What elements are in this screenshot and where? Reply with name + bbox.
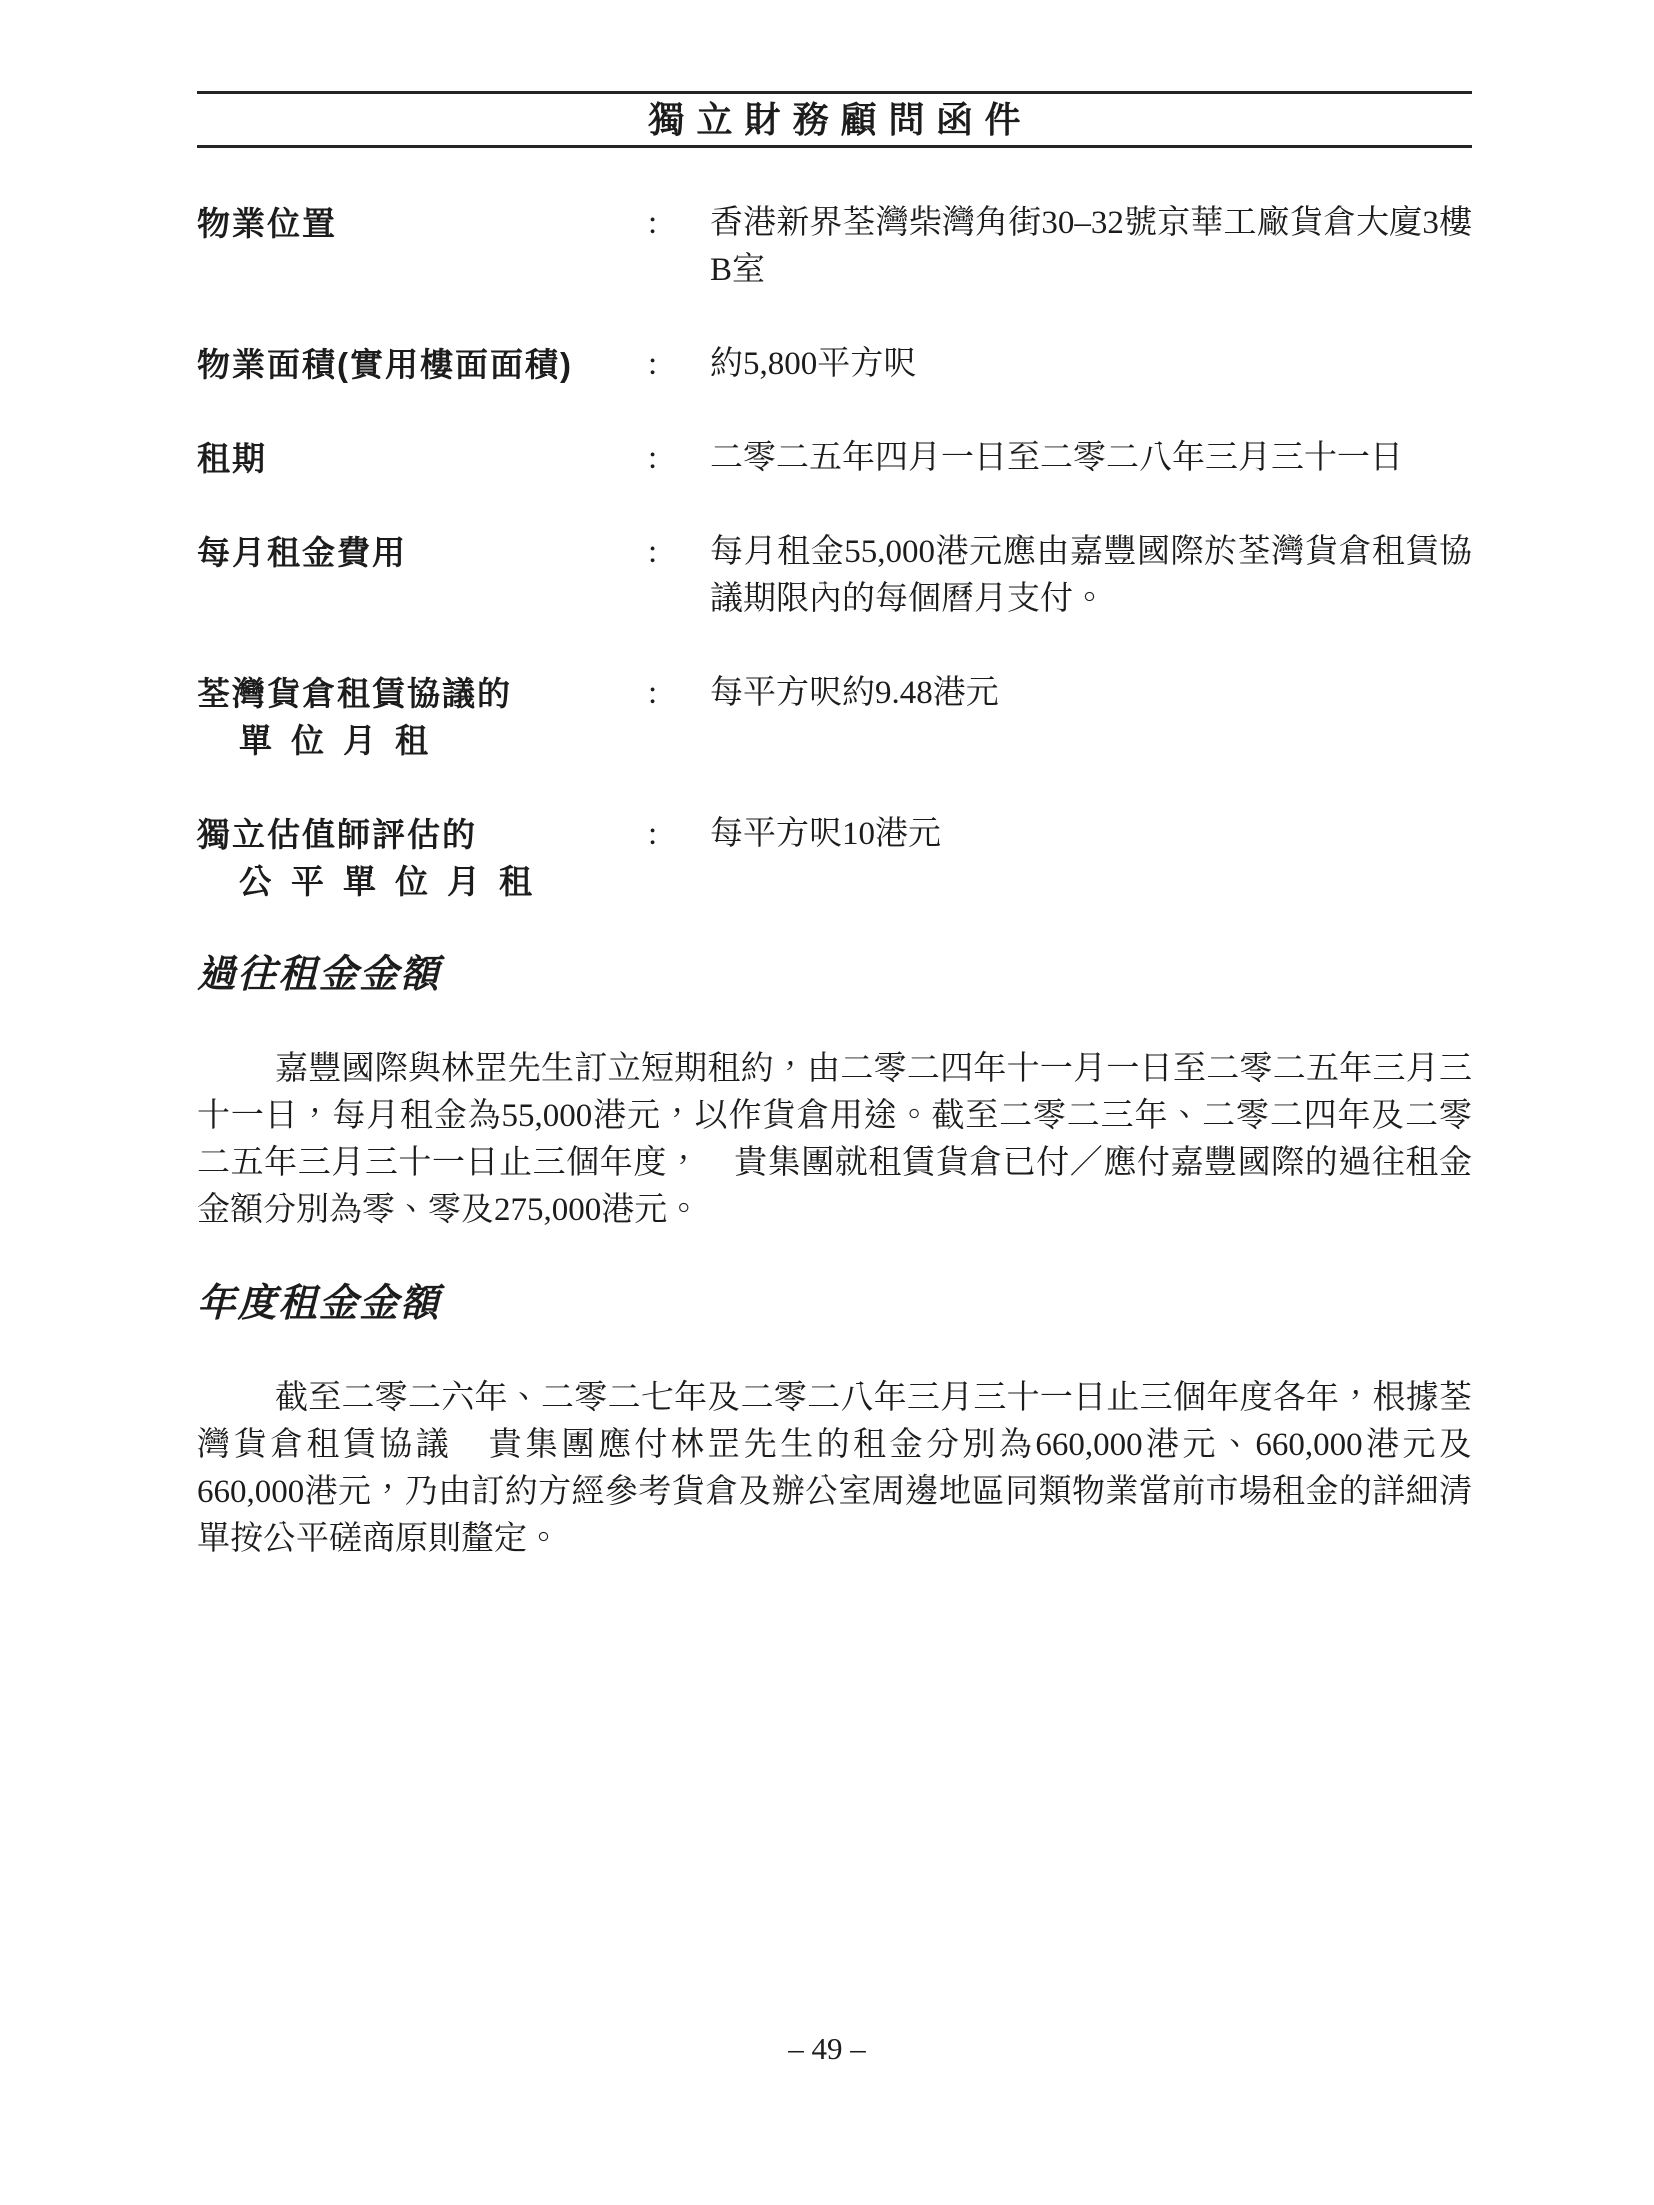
property-label-line2: 公平單位月租 — [197, 858, 648, 905]
property-row-term: 租期 : 二零二五年四月一日至二零二八年三月三十一日 — [197, 435, 1472, 482]
property-label-line1: 物業位置 — [197, 205, 337, 242]
property-label-line1: 每月租金費用 — [197, 534, 407, 571]
section-historical-rent: 過往租金金額 嘉豐國際與林罡先生訂立短期租約，由二零二四年十一月一日至二零二五年… — [197, 952, 1472, 1234]
property-row-location: 物業位置 : 香港新界荃灣柴灣角街30–32號京華工廠貨倉大廈3樓B室 — [197, 200, 1472, 294]
section-heading: 年度租金金額 — [197, 1281, 1472, 1328]
property-row-monthly-rent: 每月租金費用 : 每月租金55,000港元應由嘉豐國際於荃灣貨倉租賃協議期限內的… — [197, 529, 1472, 623]
property-value: 二零二五年四月一日至二零二八年三月三十一日 — [710, 435, 1472, 482]
property-row-fair-unit-rent: 獨立估值師評估的 公平單位月租 : 每平方呎10港元 — [197, 811, 1472, 905]
page-content: 獨立財務顧問函件 物業位置 : 香港新界荃灣柴灣角街30–32號京華工廠貨倉大廈… — [197, 0, 1472, 1610]
property-label-line1: 獨立估值師評估的 — [197, 816, 477, 853]
property-label-line2: 單位月租 — [197, 717, 648, 764]
page-number: – 49 – — [0, 2025, 1654, 2072]
property-label: 租期 — [197, 435, 648, 482]
property-label: 物業位置 — [197, 200, 648, 294]
colon-separator: : — [648, 341, 710, 388]
section-paragraph: 嘉豐國際與林罡先生訂立短期租約，由二零二四年十一月一日至二零二五年三月三十一日，… — [197, 1046, 1472, 1234]
property-value: 每月租金55,000港元應由嘉豐國際於荃灣貨倉租賃協議期限內的每個曆月支付。 — [710, 529, 1472, 623]
section-paragraph: 截至二零二六年、二零二七年及二零二八年三月三十一日止三個年度各年，根據荃灣貨倉租… — [197, 1375, 1472, 1563]
document-header: 獨立財務顧問函件 — [197, 91, 1472, 148]
property-label-line1: 荃灣貨倉租賃協議的 — [197, 675, 512, 712]
property-row-unit-rent: 荃灣貨倉租賃協議的 單位月租 : 每平方呎約9.48港元 — [197, 670, 1472, 764]
property-value: 每平方呎約9.48港元 — [710, 670, 1472, 764]
colon-separator: : — [648, 435, 710, 482]
colon-separator: : — [648, 811, 710, 905]
colon-separator: : — [648, 670, 710, 764]
colon-separator: : — [648, 529, 710, 623]
property-label-line1: 物業面積(實用樓面面積) — [197, 346, 573, 383]
property-row-area: 物業面積(實用樓面面積) : 約5,800平方呎 — [197, 341, 1472, 388]
property-value: 香港新界荃灣柴灣角街30–32號京華工廠貨倉大廈3樓B室 — [710, 200, 1472, 294]
property-value: 約5,800平方呎 — [710, 341, 1472, 388]
property-label: 獨立估值師評估的 公平單位月租 — [197, 811, 648, 905]
property-value: 每平方呎10港元 — [710, 811, 1472, 905]
page-title: 獨立財務顧問函件 — [197, 95, 1472, 144]
property-label-line1: 租期 — [197, 440, 267, 477]
section-annual-rent: 年度租金金額 截至二零二六年、二零二七年及二零二八年三月三十一日止三個年度各年，… — [197, 1281, 1472, 1563]
document-page: 獨立財務顧問函件 物業位置 : 香港新界荃灣柴灣角街30–32號京華工廠貨倉大廈… — [0, 0, 1654, 2205]
property-label: 荃灣貨倉租賃協議的 單位月租 — [197, 670, 648, 764]
property-label: 物業面積(實用樓面面積) — [197, 341, 648, 388]
colon-separator: : — [648, 200, 710, 294]
property-details-list: 物業位置 : 香港新界荃灣柴灣角街30–32號京華工廠貨倉大廈3樓B室 物業面積… — [197, 200, 1472, 905]
property-label: 每月租金費用 — [197, 529, 648, 623]
section-heading: 過往租金金額 — [197, 952, 1472, 999]
